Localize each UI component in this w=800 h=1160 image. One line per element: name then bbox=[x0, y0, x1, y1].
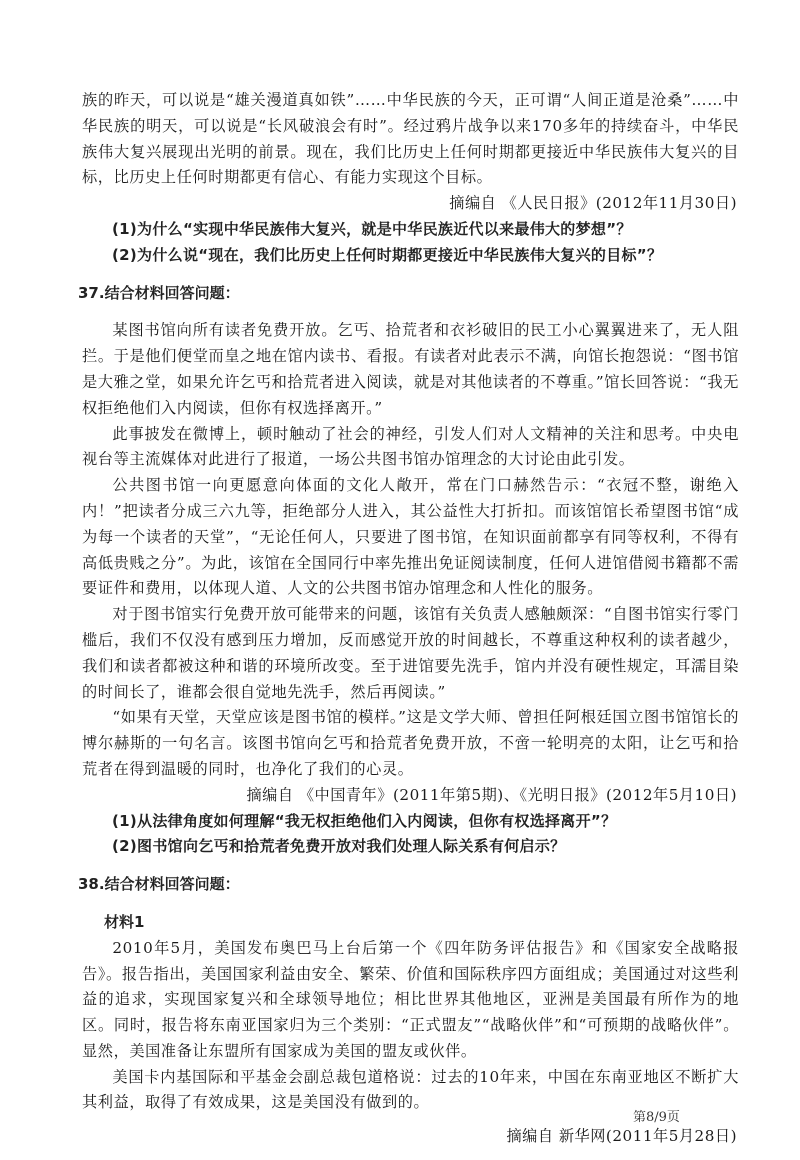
q37-heading: 37.结合材料回答问题： bbox=[78, 281, 739, 307]
q37-source: 摘编自 《中国青年》(2011年第5期)、《光明日报》(2012年5月10日) bbox=[82, 783, 739, 809]
q36-question-1: (1)为什么“实现中华民族伟大复兴，就是中华民族近代以来最伟大的梦想”？ bbox=[82, 217, 739, 243]
q38-source: 摘编自 新华网(2011年5月28日) bbox=[82, 1124, 739, 1150]
q37-question-1: (1)从法律角度如何理解“我无权拒绝他们入内阅读，但你有权选择离开”？ bbox=[82, 809, 739, 835]
q37-paragraph-3: 公共图书馆一向更愿意向体面的文化人敞开，常在门口赫然告示：“衣冠不整，谢绝入内！… bbox=[82, 473, 739, 602]
exam-page: 族的昨天，可以说是“雄关漫道真如铁”……中华民族的今天，正可谓“人间正道是沧桑”… bbox=[82, 88, 739, 1150]
q36-source: 摘编自 《人民日报》(2012年11月30日) bbox=[82, 191, 739, 217]
q38-paragraph-1: 2010年5月，美国发布奥巴马上台后第一个《四年防务评估报告》和《国家安全战略报… bbox=[82, 936, 739, 1065]
q37-paragraph-1: 某图书馆向所有读者免费开放。乞丐、拾荒者和衣衫破旧的民工小心翼翼进来了，无人阻拦… bbox=[82, 318, 739, 421]
page-number: 第8/9页 bbox=[633, 1106, 680, 1125]
q37-paragraph-2: 此事披发在微博上，顿时触动了社会的神经，引发人们对人文精神的关注和思考。中央电视… bbox=[82, 422, 739, 474]
q37-paragraph-5: “如果有天堂，天堂应该是图书馆的模样。”这是文学大师、曾担任阿根廷国立图书馆馆长… bbox=[82, 705, 739, 782]
q36-material-tail: 族的昨天，可以说是“雄关漫道真如铁”……中华民族的今天，正可谓“人间正道是沧桑”… bbox=[82, 88, 739, 191]
q38-material-label: 材料1 bbox=[104, 910, 739, 936]
q36-question-2: (2)为什么说“现在，我们比历史上任何时期都更接近中华民族伟大复兴的目标”？ bbox=[82, 243, 739, 269]
q38-heading: 38.结合材料回答问题： bbox=[78, 872, 739, 898]
q37-paragraph-4: 对于图书馆实行免费开放可能带来的问题，该馆有关负责人感触颇深：“自图书馆实行零门… bbox=[82, 602, 739, 705]
q37-question-2: (2)图书馆向乞丐和拾荒者免费开放对我们处理人际关系有何启示？ bbox=[82, 834, 739, 860]
